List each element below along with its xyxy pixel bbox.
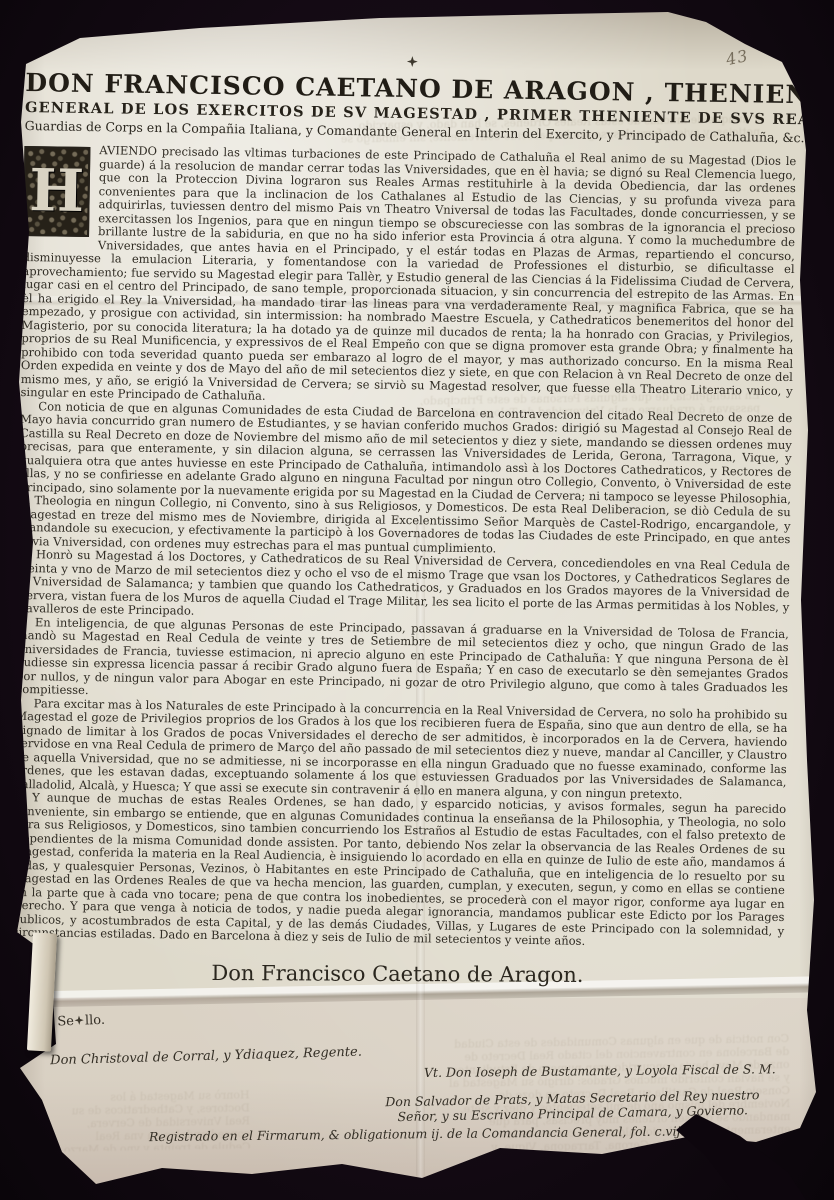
photograph-background: Y aunque de muchas de estas Reales Orden… (0, 0, 834, 1200)
woodcut-initial-H: H (23, 146, 90, 237)
registration-note: Registrado en el Firmarum, & obligationu… (149, 1123, 685, 1144)
body-paragraph: Para excitar mas à los Naturales de este… (14, 696, 787, 803)
paragraph-text: AVIENDO precisado las vltimas turbacione… (20, 143, 796, 403)
seal-note-right: llo. (85, 1012, 106, 1028)
body-paragraph: Y aunque de muchas de estas Reales Orden… (12, 791, 786, 952)
body-paragraph: Con noticia de que en algunas Comunidade… (18, 399, 792, 560)
regente-signature: Don Christoval de Corral, y Ydiaquez, Re… (50, 1044, 362, 1068)
body-paragraph: HAVIENDO precisado las vltimas turbacion… (20, 143, 796, 412)
signature-name: Don Francisco Caetano de Aragon. (11, 959, 783, 987)
signatories-block: gar del Sello. Don Christoval de Corral,… (9, 983, 783, 1155)
document-content: DON FRANCISCO CAETANO DE ARAGON , THENIE… (9, 46, 798, 1155)
body-paragraph: Honrò su Magestad á los Doctores, y Cath… (17, 548, 790, 628)
fiscal-signature: Vt. Don Ioseph de Bustamante, y Loyola F… (424, 1061, 776, 1080)
folded-edge-flap (27, 932, 57, 1051)
body-paragraph: En inteligencia, de que algunas Personas… (16, 615, 789, 708)
edict-body: HAVIENDO precisado las vltimas turbacion… (12, 143, 796, 952)
seal-cross-icon (74, 1014, 85, 1025)
seal-place-note: gar del Sello. (6, 1012, 105, 1031)
document-paper: Y aunque de muchas de estas Reales Orden… (0, 0, 834, 1200)
